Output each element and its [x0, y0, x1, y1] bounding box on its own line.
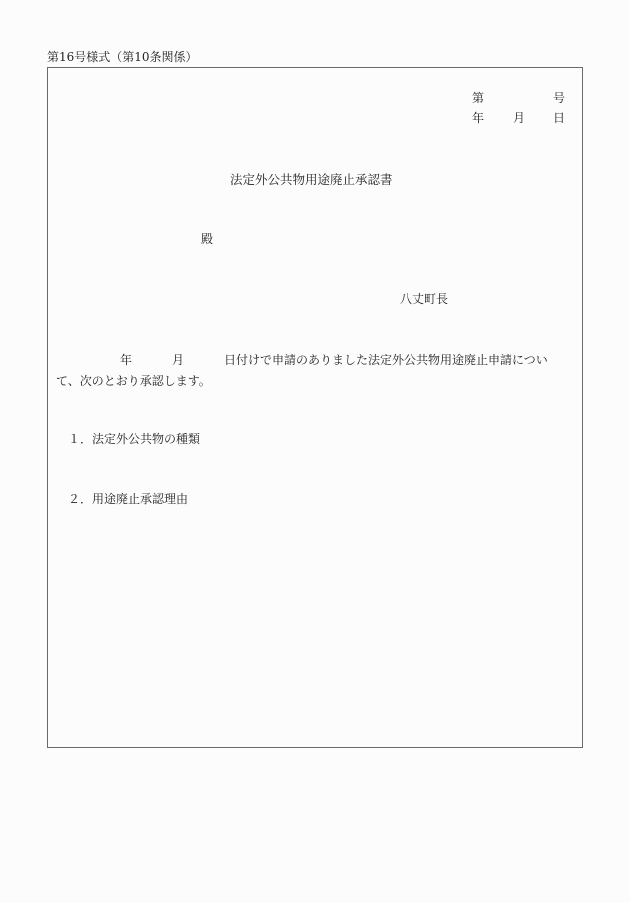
document-number-line: 第 号 — [472, 91, 572, 105]
form-number-label: 第16号様式（第10条関係） — [47, 50, 198, 64]
date-day: 日 — [553, 111, 565, 125]
date-month: 月 — [513, 111, 525, 125]
item-index: ２． — [68, 492, 92, 506]
body-line-1: 年月日付けで申請のありました法定外公共物用途廃止申請につい — [56, 350, 576, 371]
document-title: 法定外公共物用途廃止承認書 — [230, 173, 393, 187]
section-item-2: ２．用途廃止承認理由 — [68, 492, 188, 506]
item-index: １． — [68, 432, 92, 446]
addressee-suffix: 殿 — [201, 232, 213, 246]
body-line1-text: 日付けで申請のありました法定外公共物用途廃止申請につい — [224, 353, 548, 367]
body-year: 年 — [120, 353, 132, 367]
document-date-line: 年 月 日 — [472, 111, 572, 125]
item-label: 用途廃止承認理由 — [92, 492, 188, 506]
number-prefix: 第 — [472, 91, 484, 105]
item-label: 法定外公共物の種類 — [92, 432, 200, 446]
issuer-name: 八丈町長 — [400, 292, 448, 306]
document-frame: 第 号 年 月 日 法定外公共物用途廃止承認書 殿 八丈町長 年月日付けで申請の… — [47, 67, 583, 748]
section-item-1: １．法定外公共物の種類 — [68, 432, 200, 446]
body-paragraph: 年月日付けで申請のありました法定外公共物用途廃止申請につい て、次のとおり承認し… — [56, 350, 576, 392]
date-year: 年 — [472, 111, 484, 125]
body-line-2: て、次のとおり承認します。 — [56, 371, 576, 392]
body-month: 月 — [172, 353, 184, 367]
number-suffix: 号 — [553, 91, 565, 105]
